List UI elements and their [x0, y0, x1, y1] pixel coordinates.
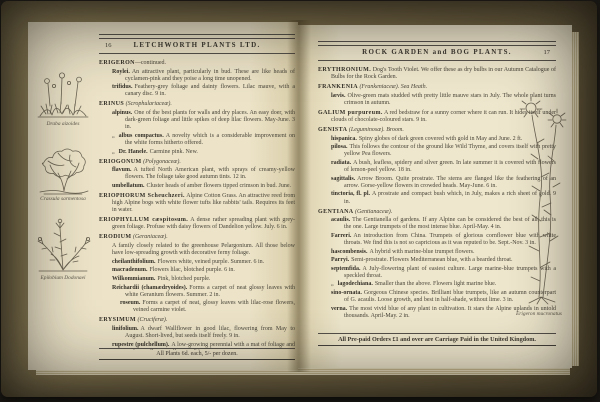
- genus-name: GENTIANA: [318, 209, 354, 215]
- species-description: A dwarf Wallflower in good lilac, flower…: [125, 326, 295, 339]
- species-line: „albus compactus.A novelty which is a co…: [99, 133, 295, 147]
- genus-line: ERIOPHYLLUM cæspitosum. A dense rather s…: [99, 217, 295, 231]
- ditto-mark: „: [112, 149, 115, 155]
- genus-name: GENISTA: [318, 127, 347, 133]
- species-name: alpinus.: [112, 110, 132, 116]
- species-line: „Dr. Hanele.Carmine pink. New.: [99, 149, 295, 156]
- species-name: flavum.: [112, 167, 132, 173]
- species-line: flavum.A tufted North American plant, wi…: [99, 167, 295, 181]
- genus-line: ERINUS (Scrophulariaceæ).: [99, 101, 295, 108]
- genus-line: ERIGERON—continued.: [99, 60, 295, 67]
- plant-sketch-crassula: [34, 141, 92, 195]
- catalog-entry: ERIOPHORUM Scheuchzeri. Alpine Cotton Gr…: [99, 193, 295, 214]
- species-name: Roylei.: [112, 69, 130, 75]
- species-name: sino-ornata.: [331, 290, 362, 296]
- illustration-caption: Epilobium Dodonaei: [30, 275, 96, 281]
- species-line: Roylei.An attractive plant, particularly…: [99, 69, 295, 83]
- page-number: 17: [544, 49, 551, 56]
- genus-name: ERIOPHYLLUM cæspitosum.: [99, 217, 188, 223]
- genus-line: ERIOGONUM (Polygonaceæ).: [99, 159, 295, 166]
- species-name: trifidus.: [112, 84, 133, 90]
- header-double-rule: [99, 34, 295, 39]
- species-description: Semi-prostrate. Flowers Mediterranean bl…: [351, 257, 512, 263]
- species-name: rupestre (pulchellum).: [112, 342, 169, 348]
- genus-line: ERYTHRONIUM. Dog's Tooth Violet. We offe…: [318, 67, 556, 81]
- species-line: macradenum.Flowers lilac, blotched purpl…: [99, 267, 295, 274]
- family-note: (Polygonaceæ).: [142, 159, 181, 165]
- left-text-column: 16 LETCHWORTH PLANTS LTD. ERIGERON—conti…: [99, 34, 295, 350]
- genus-name: ERYSIMUM: [99, 317, 136, 323]
- species-description: Cluster heads of amber flowers tipped cr…: [147, 183, 291, 189]
- genus-line: ERODIUM (Geraniaceæ).: [99, 234, 295, 241]
- species-description: Forms a carpet of neat, glossy leaves wi…: [133, 300, 295, 313]
- catalog-entry: ERIOPHYLLUM cæspitosum. A dense rather s…: [99, 217, 295, 231]
- footer-rule: [99, 359, 295, 360]
- plant-sketch-draba: [34, 70, 92, 120]
- species-name: Wilkommianum.: [112, 276, 155, 282]
- genus-name: ERYTHRONIUM.: [318, 67, 371, 73]
- left-page: Draba aizoides Crassula sarmentosa: [28, 22, 298, 370]
- species-line: alpinus.One of the best plants for walls…: [99, 110, 295, 131]
- footer-text: All Pre-paid Orders £1 and over are Carr…: [318, 334, 556, 345]
- genus-name: ERINUS: [99, 101, 124, 107]
- catalog-entry: ERYSIMUM (Cruciferæ).linifolium.A dwarf …: [99, 317, 295, 350]
- species-line: cheilanthifolium.Flowers white, veined p…: [99, 259, 295, 266]
- catalog-entry: ERYTHRONIUM. Dog's Tooth Violet. We offe…: [318, 67, 556, 81]
- species-name: hascombensis.: [331, 249, 368, 255]
- species-line: linifolium.A dwarf Wallflower in good li…: [99, 326, 295, 340]
- species-description: A hybrid with marine-blue trumpet flower…: [370, 249, 475, 255]
- species-name: sagittalis.: [331, 176, 355, 182]
- species-name: cheilanthifolium.: [112, 259, 156, 265]
- right-page-footer: All Pre-paid Orders £1 and over are Carr…: [318, 333, 556, 346]
- genus-name: ERODIUM: [99, 234, 131, 240]
- species-description: Feathery-grey foliage and dainty flowers…: [125, 84, 295, 97]
- catalog-entry: ERIGERON—continued.Roylei.An attractive …: [99, 60, 295, 98]
- genus-name: ERIGERON: [99, 60, 135, 66]
- species-description: Pink, blotched purple.: [157, 276, 210, 282]
- catalog-entry: ERODIUM (Geraniaceæ).A family closely re…: [99, 234, 295, 314]
- illustration-caption: Erigeron mucronatus: [514, 311, 572, 317]
- species-name: hispanica.: [331, 136, 357, 142]
- species-description: One of the best plants for walls and dry…: [125, 110, 295, 130]
- left-page-header: 16 LETCHWORTH PLANTS LTD.: [99, 41, 295, 52]
- left-margin-illustrations: Draba aizoides Crassula sarmentosa: [30, 70, 96, 295]
- species-name: umbellatum.: [112, 183, 145, 189]
- species-line: trifidus.Feathery-grey foliage and daint…: [99, 84, 295, 98]
- ditto-mark: „: [331, 281, 334, 287]
- illustration-caption: Crassula sarmentosa: [30, 196, 96, 202]
- species-name: Dr. Hanele.: [119, 149, 148, 155]
- running-title: LETCHWORTH PLANTS LTD.: [99, 41, 295, 49]
- species-name: lævis.: [331, 93, 346, 99]
- species-name: Reichardii (chamædryoides).: [112, 285, 187, 291]
- genus-name: FRANKENIA: [318, 84, 358, 90]
- species-description: Carmine pink. New.: [150, 149, 198, 155]
- footer-text: All Plants 6d. each, 5/- per dozen.: [99, 349, 295, 359]
- species-name: verna.: [331, 306, 347, 312]
- illustration-caption: Draba aizoides: [30, 121, 96, 127]
- species-name: Parryi.: [331, 257, 349, 263]
- species-name: radiata.: [331, 160, 351, 166]
- species-description: Smaller than the above. Flowers light ma…: [375, 281, 496, 287]
- species-line: Reichardii (chamædryoides).Forms a carpe…: [99, 285, 295, 299]
- genus-line: ERYSIMUM (Cruciferæ).: [99, 317, 295, 324]
- entry-intro: A family closely related to the greenhou…: [99, 243, 295, 257]
- plant-sketch-erigeron: [517, 91, 569, 305]
- species-line: roseum.Forms a carpet of neat, glossy le…: [99, 300, 295, 314]
- species-description: Flowers lilac, blotched purple. 6 in.: [150, 267, 235, 273]
- family-note: (Gentianaceæ).: [354, 209, 393, 215]
- family-note: (Scrophulariaceæ).: [124, 101, 172, 107]
- species-name: Farreri.: [331, 233, 351, 239]
- species-name: lagodechiana.: [338, 281, 373, 287]
- species-description: A tufted North American plant, with spra…: [125, 167, 295, 180]
- species-name: pilosa.: [331, 144, 348, 150]
- species-name: roseum.: [120, 300, 140, 306]
- right-page: ROCK GARDEN and BOG PLANTS. 17 ERYTHRONI…: [298, 25, 572, 368]
- catalog-entry: ERIOGONUM (Polygonaceæ).flavum.A tufted …: [99, 159, 295, 190]
- right-margin-illustration: Erigeron mucronatus: [514, 91, 572, 317]
- header-double-rule: [318, 41, 556, 46]
- species-name: macradenum.: [112, 267, 148, 273]
- header-rule: [318, 60, 556, 61]
- species-name: albus compactus.: [119, 133, 164, 139]
- family-note: (Leguminosæ). Broom.: [347, 127, 403, 133]
- species-line: Wilkommianum.Pink, blotched purple.: [99, 276, 295, 283]
- catalog-entries: ERIGERON—continued.Roylei.An attractive …: [99, 60, 295, 350]
- illustration-crassula: Crassula sarmentosa: [30, 141, 96, 202]
- species-description: An attractive plant, particularly in bud…: [125, 69, 295, 82]
- footer-rule: [318, 345, 556, 346]
- ditto-mark: „: [112, 133, 115, 139]
- book-spread-photo: Draba aizoides Crassula sarmentosa: [0, 0, 600, 402]
- family-note: (Cruciferæ).: [136, 317, 167, 323]
- genus-name: ERIOGONUM: [99, 159, 142, 165]
- species-line: umbellatum.Cluster heads of amber flower…: [99, 183, 295, 190]
- left-page-footer: All Plants 6d. each, 5/- per dozen.: [99, 348, 295, 360]
- genus-name: ERIOPHORUM Scheuchzeri.: [99, 193, 185, 199]
- illustration-epilobium: Epilobium Dodonaei: [30, 216, 96, 281]
- family-note: (Frankeniaceæ). Sea Heath.: [358, 84, 427, 90]
- page-stack-edge-right: [571, 32, 579, 366]
- genus-name: GALIUM purpureum.: [318, 110, 383, 116]
- species-description: Flowers white, veined purple. Summer. 6 …: [158, 259, 265, 265]
- catalog-entry: ERINUS (Scrophulariaceæ).alpinus.One of …: [99, 101, 295, 155]
- plant-sketch-epilobium: [33, 216, 93, 274]
- genus-line: ERIOPHORUM Scheuchzeri. Alpine Cotton Gr…: [99, 193, 295, 214]
- family-note: (Geraniaceæ).: [131, 234, 167, 240]
- right-page-header: ROCK GARDEN and BOG PLANTS. 17: [318, 48, 556, 59]
- species-name: linifolium.: [112, 326, 139, 332]
- family-note: —continued.: [135, 60, 166, 66]
- species-description: Spiny globes of dark green covered with …: [359, 136, 522, 142]
- species-name: acaulis.: [331, 217, 350, 223]
- illustration-draba: Draba aizoides: [30, 70, 96, 127]
- running-title: ROCK GARDEN and BOG PLANTS.: [318, 48, 556, 56]
- species-name: tinctoria, fl. pl.: [331, 191, 370, 197]
- header-rule: [99, 53, 295, 54]
- species-name: septemfida.: [331, 266, 361, 272]
